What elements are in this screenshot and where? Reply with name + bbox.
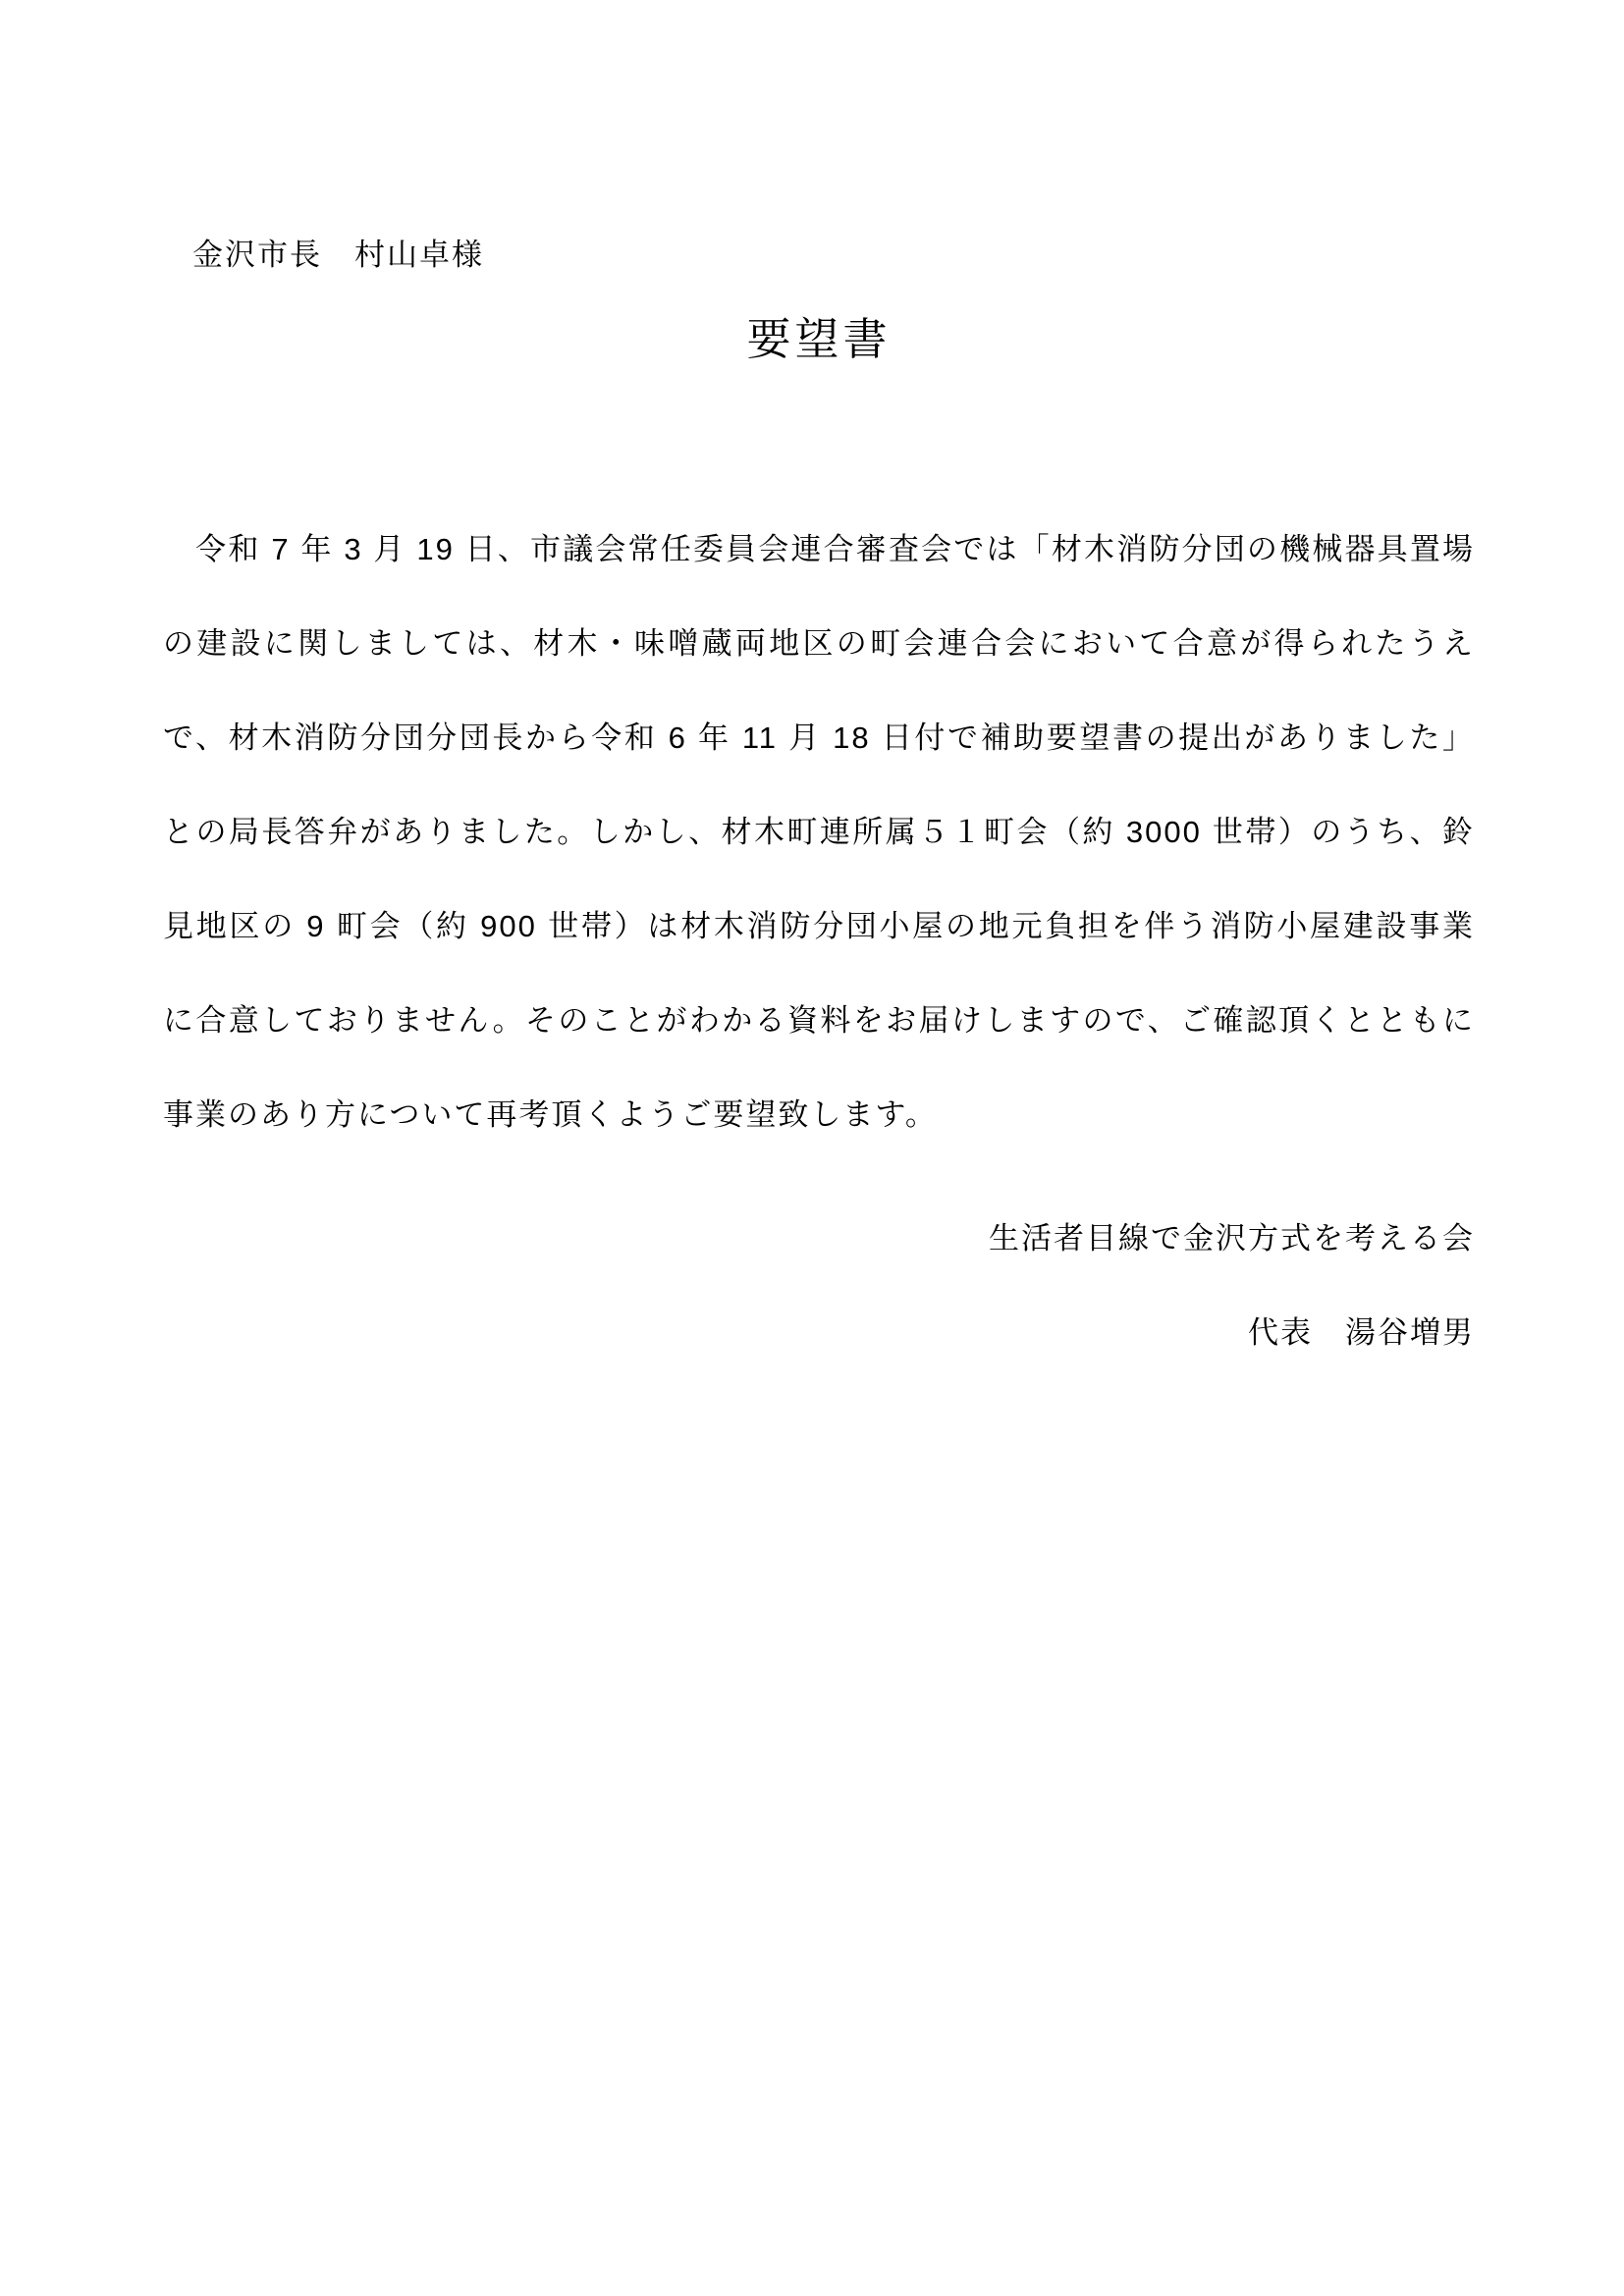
signature-organization: 生活者目線で金沢方式を考える会 bbox=[163, 1192, 1475, 1286]
signature-block: 生活者目線で金沢方式を考える会 代表 湯谷増男 bbox=[163, 1192, 1475, 1380]
body-line-5: 見地区の 9 町会（約 900 世帯）は材木消防分団小屋の地元負担を伴う消防小屋… bbox=[163, 880, 1475, 974]
body-line-2: の建設に関しましては、材木・味噌蔵両地区の町会連合会において合意が得られたうえ bbox=[163, 597, 1475, 691]
signature-representative: 代表 湯谷増男 bbox=[163, 1286, 1475, 1380]
body-line-4: との局長答弁がありました。しかし、材木町連所属５１町会（約 3000 世帯）のう… bbox=[163, 785, 1475, 880]
body-paragraph: 令和 7 年 3 月 19 日、市議会常任委員会連合審査会では「材木消防分団の機… bbox=[163, 503, 1475, 1162]
body-line-1: 令和 7 年 3 月 19 日、市議会常任委員会連合審査会では「材木消防分団の機… bbox=[163, 503, 1475, 597]
addressee-line: 金沢市長 村山卓様 bbox=[163, 236, 1475, 275]
body-line-7: 事業のあり方について再考頂くようご要望致します。 bbox=[163, 1068, 1475, 1162]
body-line-6: に合意しておりません。そのことがわかる資料をお届けしますので、ご確認頂くとともに bbox=[163, 974, 1475, 1068]
document-page: 金沢市長 村山卓様 要望書 令和 7 年 3 月 19 日、市議会常任委員会連合… bbox=[0, 0, 1624, 2296]
body-line-3: で、材木消防分団分団長から令和 6 年 11 月 18 日付で補助要望書の提出が… bbox=[163, 691, 1475, 785]
document-title: 要望書 bbox=[163, 314, 1475, 365]
